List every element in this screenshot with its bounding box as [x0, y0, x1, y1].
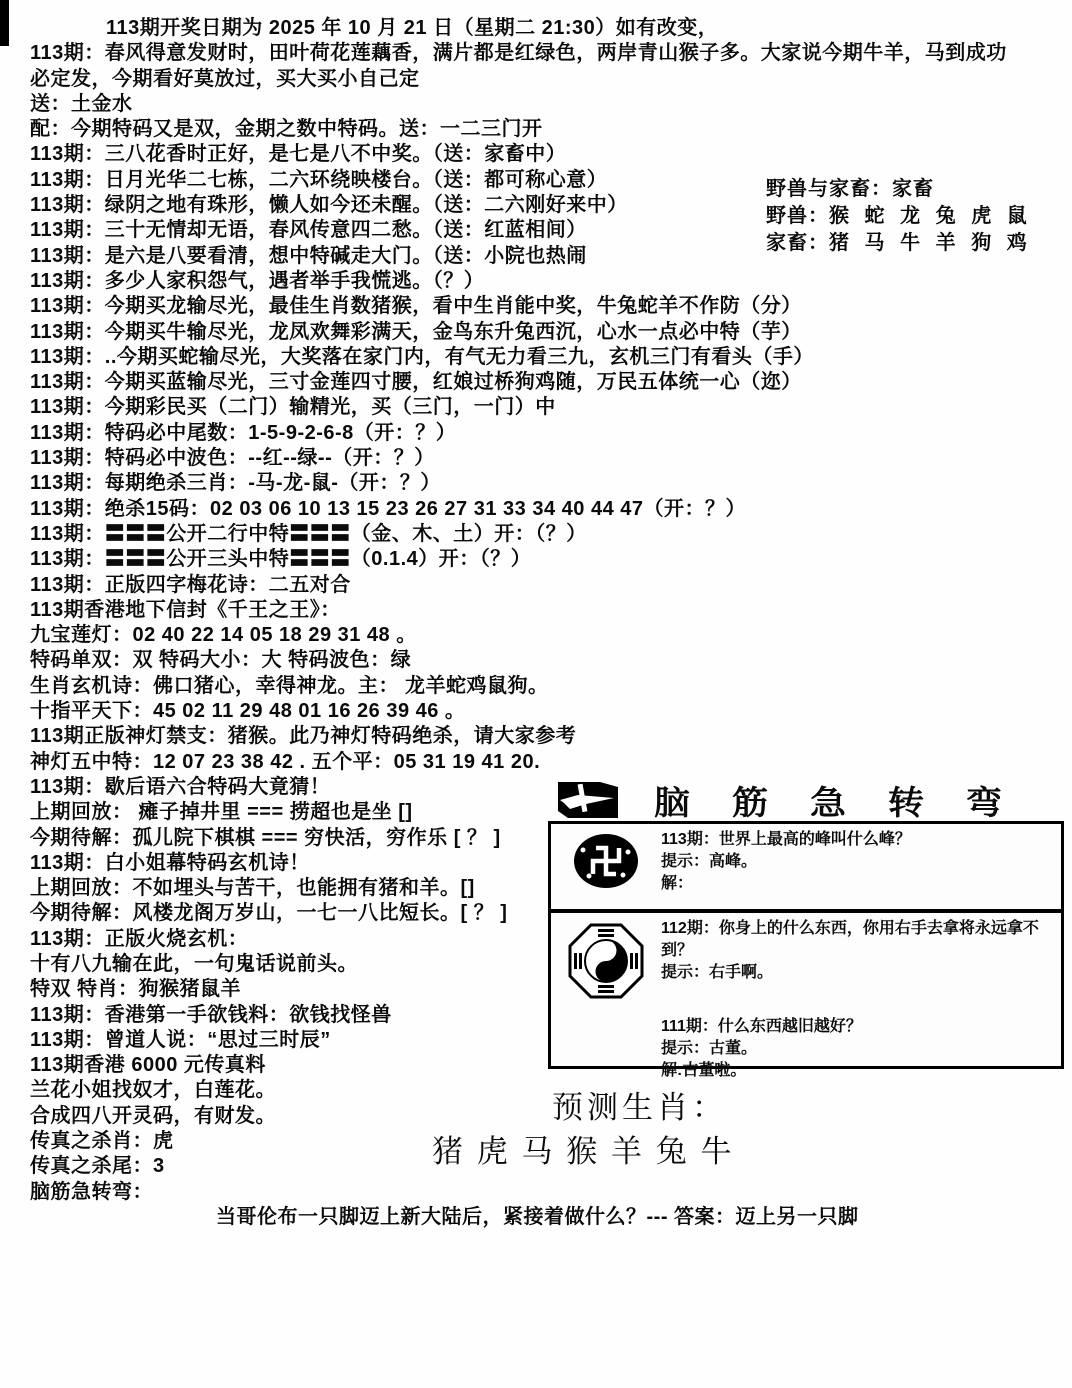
- text-line: 113期：三八花香时正好，是七是八不中奖。（送：家畜中）: [30, 142, 1007, 167]
- text-line: 送：土金水: [30, 92, 1007, 117]
- riddle-question: 112期：你身上的什么东西，你用右手去拿将永远拿不到？: [661, 918, 1053, 962]
- riddle-section-113: 113期：世界上最高的峰叫什么峰？ 提示：高峰。 解：: [551, 824, 1061, 913]
- prediction-zodiac-label: 预测生肖：: [552, 1082, 727, 1127]
- riddle-answer: 解:古董啦。: [661, 1060, 1053, 1082]
- brainteaser-box: 113期：世界上最高的峰叫什么峰？ 提示：高峰。 解：: [548, 821, 1064, 1069]
- riddle-question: 113期：世界上最高的峰叫什么峰？: [661, 829, 1053, 851]
- text-line: 113期：..今期买蛇输尽光，大奖落在家门内，有气无力看三九，玄机三门有看头（手…: [30, 345, 1007, 370]
- text-line: 113期：今期买蓝输尽光，三寸金莲四寸腰，红娘过桥狗鸡随，万民五体统一心（迩）: [30, 370, 1007, 395]
- text-line: 113期：绝杀15码：02 03 06 10 13 15 23 26 27 31…: [30, 497, 1007, 522]
- info-line: 家畜：猪 马 牛 羊 狗 鸡: [766, 230, 1028, 257]
- riddle-section-112-111: 112期：你身上的什么东西，你用右手去拿将永远拿不到？ 提示：右手啊。 111期…: [551, 913, 1061, 1066]
- text-line: 113期开奖日期为 2025 年 10 月 21 日（星期二 21:30）如有改…: [30, 16, 1007, 41]
- text-line: 神灯五中特：12 07 23 38 42 . 五个平：05 31 19 41 2…: [30, 750, 1007, 775]
- wan-symbol-icon: [573, 832, 639, 890]
- text-line: 113期香港地下信封《千王之王》：: [30, 598, 1007, 623]
- riddle-hint: 提示：高峰。: [661, 851, 1053, 873]
- brainteaser-panel: 脑筋急转弯: [548, 779, 1064, 1069]
- text-line: 113期：今期彩民买（二门）输精光，买（三门，一门）中: [30, 395, 1007, 420]
- info-line: 野兽与家畜：家畜: [766, 176, 1028, 203]
- text-line: 113期：多少人家积怨气，遇者举手我慌逃。（？）: [30, 269, 1007, 294]
- text-line: 113期：特码必中尾数：1-5-9-2-6-8（开：？）: [30, 421, 1007, 446]
- text-line: 脑筋急转弯：: [30, 1180, 1007, 1205]
- riddle-hint: 提示：古董。: [661, 1038, 1053, 1060]
- text-line: 113期：每期绝杀三肖：-马-龙-鼠-（开：？）: [30, 471, 1007, 496]
- riddle-hint: 提示：右手啊。: [661, 962, 1053, 984]
- predicted-zodiacs: 猪 虎 马 猴 羊 兔 牛: [432, 1126, 735, 1171]
- text-line: 113期：今期买龙输尽光，最佳生肖数猪猴，看中生肖能中奖，牛兔蛇羊不作防（分）: [30, 294, 1007, 319]
- brainteaser-title: 脑筋急转弯: [654, 777, 1044, 824]
- text-line: 兰花小姐找奴才，白莲花。: [30, 1078, 1007, 1103]
- text-line: 113期：特码必中波色：--红--绿--（开：？）: [30, 446, 1007, 471]
- brainteaser-header: 脑筋急转弯: [548, 779, 1064, 821]
- beast-domestic-info: 野兽与家畜：家畜 野兽：猴 蛇 龙 兔 虎 鼠 家畜：猪 马 牛 羊 狗 鸡: [766, 176, 1028, 257]
- tip-sheet-page: 113期开奖日期为 2025 年 10 月 21 日（星期二 21:30）如有改…: [0, 0, 1072, 1388]
- text-line: 113期正版神灯禁支：猪猴。此乃神灯特码绝杀，请大家参考: [30, 724, 1007, 749]
- riddle-question: 111期：什么东西越旧越好？: [661, 1016, 1053, 1038]
- text-line: 113期：〓〓〓公开三头中特〓〓〓（0.1.4）开：（？）: [30, 547, 1007, 572]
- text-line: 113期：〓〓〓公开二行中特〓〓〓（金、木、土）开：（？）: [30, 522, 1007, 547]
- info-line: 野兽：猴 蛇 龙 兔 虎 鼠: [766, 203, 1028, 230]
- text-line: 必定发，今期看好莫放过，买大买小自己定: [30, 67, 1007, 92]
- text-line: 当哥伦布一只脚迈上新大陆后，紧接着做什么？--- 答案：迈上另一只脚: [30, 1205, 1007, 1230]
- brainteaser-logo-icon: [556, 778, 620, 822]
- text-line: 特码单双：双 特码大小：大 特码波色：绿: [30, 648, 1007, 673]
- text-line: 113期：春风得意发财时，田叶荷花莲藕香，满片都是红绿色，两岸青山猴子多。大家说…: [30, 41, 1007, 66]
- scan-corner-mark: [0, 0, 9, 46]
- text-line: 113期：正版四字梅花诗：二五对合: [30, 573, 1007, 598]
- text-line: 生肖玄机诗：佛口猪心，幸得神龙。主： 龙羊蛇鸡鼠狗。: [30, 674, 1007, 699]
- text-line: 113期：今期买牛输尽光，龙凤欢舞彩满天，金鸟东升兔西沉，心水一点必中特（芋）: [30, 320, 1007, 345]
- text-line: 十指平天下：45 02 11 29 48 01 16 26 39 46 。: [30, 699, 1007, 724]
- text-line: 九宝莲灯：02 40 22 14 05 18 29 31 48 。: [30, 623, 1007, 648]
- text-line: 配：今期特码又是双，金期之数中特码。送：一二三门开: [30, 117, 1007, 142]
- bagua-yinyang-icon: [565, 921, 647, 1001]
- riddle-answer: 解：: [661, 873, 1053, 895]
